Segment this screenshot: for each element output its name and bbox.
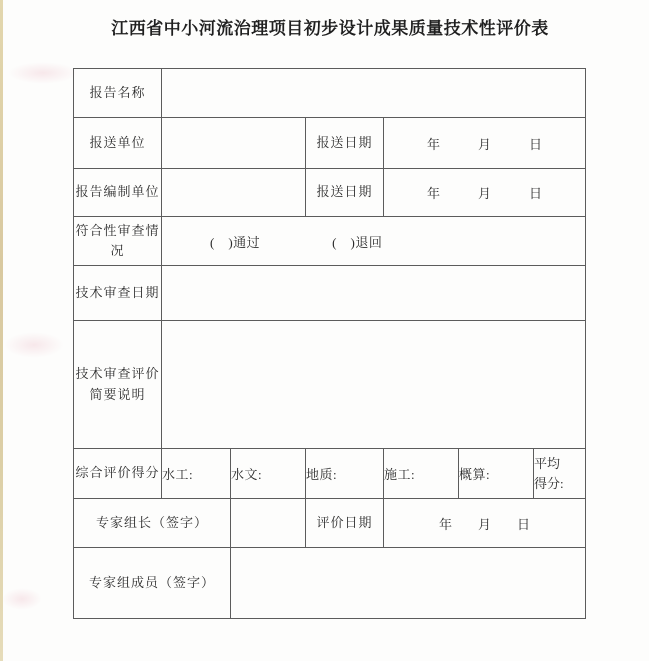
report-name-label: 报告名称 <box>74 69 162 118</box>
row-tech-review-summary: 技术审查评价 简要说明 <box>74 321 586 449</box>
tech-review-date-label: 技术审查日期 <box>74 266 162 321</box>
scan-smudge <box>8 62 78 84</box>
compliance-options: ( )通过 ( )退回 <box>162 232 585 251</box>
submit-date-value-cell: 年 月 日 <box>384 118 586 169</box>
score-cell-hydraulic: 水工: <box>162 449 231 499</box>
expert-members-signature-cell <box>231 548 586 619</box>
score-average-line2: 得分: <box>534 474 585 494</box>
row-expert-leader: 专家组长（签字） 评价日期 年 月 日 <box>74 499 586 548</box>
expert-leader-label: 专家组长（签字） <box>74 499 231 548</box>
eval-date-label: 评价日期 <box>306 499 384 548</box>
tech-review-date-value-cell <box>162 266 586 321</box>
row-overall-score: 综合评价得分 水工: 水文: 地质: 施工: 概算: 平均 得分: <box>74 449 586 499</box>
month-label: 月 <box>478 183 491 202</box>
year-label: 年 <box>439 514 452 533</box>
compliance-label-line1: 符合性审查情 <box>74 221 161 241</box>
row-compliance-review: 符合性审查情 况 ( )通过 ( )退回 <box>74 217 586 266</box>
score-cell-geology: 地质: <box>306 449 384 499</box>
scanned-document-page: 江西省中小河流治理项目初步设计成果质量技术性评价表 报告名称 报送单位 报送日期… <box>0 0 649 661</box>
compliance-options-cell: ( )通过 ( )退回 <box>162 217 586 266</box>
score-cell-construction: 施工: <box>384 449 459 499</box>
submit-date-placeholder: 年 月 日 <box>384 134 585 153</box>
compliance-label-line2: 况 <box>74 241 161 261</box>
prepare-date-value-cell: 年 月 日 <box>384 169 586 217</box>
row-expert-members: 专家组成员（签字） <box>74 548 586 619</box>
scan-binding-edge <box>0 0 3 661</box>
score-cell-estimate: 概算: <box>459 449 534 499</box>
row-prepare-unit: 报告编制单位 报送日期 年 月 日 <box>74 169 586 217</box>
score-average-line1: 平均 <box>534 454 585 474</box>
score-cell-average: 平均 得分: <box>534 449 586 499</box>
year-label: 年 <box>427 134 440 153</box>
report-name-value-cell <box>162 69 586 118</box>
year-label: 年 <box>427 183 440 202</box>
scan-smudge <box>4 332 64 358</box>
day-label: 日 <box>529 183 542 202</box>
score-cell-hydrology: 水文: <box>231 449 306 499</box>
prepare-date-label: 报送日期 <box>306 169 384 217</box>
tech-review-summary-label: 技术审查评价 简要说明 <box>74 321 162 449</box>
evaluation-form-table: 报告名称 报送单位 报送日期 年 月 日 报告编制单位 报送日期 年 <box>73 68 586 619</box>
month-label: 月 <box>478 134 491 153</box>
day-label: 日 <box>517 514 530 533</box>
prepare-unit-label: 报告编制单位 <box>74 169 162 217</box>
month-label: 月 <box>478 514 491 533</box>
eval-date-placeholder: 年 月 日 <box>384 514 585 533</box>
overall-score-label: 综合评价得分 <box>74 449 162 499</box>
scan-smudge <box>2 588 42 610</box>
tech-review-summary-label-line2: 简要说明 <box>74 385 161 405</box>
row-tech-review-date: 技术审查日期 <box>74 266 586 321</box>
submit-unit-label: 报送单位 <box>74 118 162 169</box>
compliance-label: 符合性审查情 况 <box>74 217 162 266</box>
eval-date-value-cell: 年 月 日 <box>384 499 586 548</box>
document-title: 江西省中小河流治理项目初步设计成果质量技术性评价表 <box>0 14 649 39</box>
submit-date-label: 报送日期 <box>306 118 384 169</box>
tech-review-summary-value-cell <box>162 321 586 449</box>
day-label: 日 <box>529 134 542 153</box>
row-report-name: 报告名称 <box>74 69 586 118</box>
expert-members-label: 专家组成员（签字） <box>74 548 231 619</box>
tech-review-summary-label-line1: 技术审查评价 <box>74 364 161 384</box>
expert-leader-signature-cell <box>231 499 306 548</box>
prepare-date-placeholder: 年 月 日 <box>384 183 585 202</box>
row-submit-unit: 报送单位 报送日期 年 月 日 <box>74 118 586 169</box>
compliance-return-option: ( )退回 <box>332 232 382 251</box>
submit-unit-value-cell <box>162 118 306 169</box>
prepare-unit-value-cell <box>162 169 306 217</box>
compliance-pass-option: ( )通过 <box>210 232 260 251</box>
